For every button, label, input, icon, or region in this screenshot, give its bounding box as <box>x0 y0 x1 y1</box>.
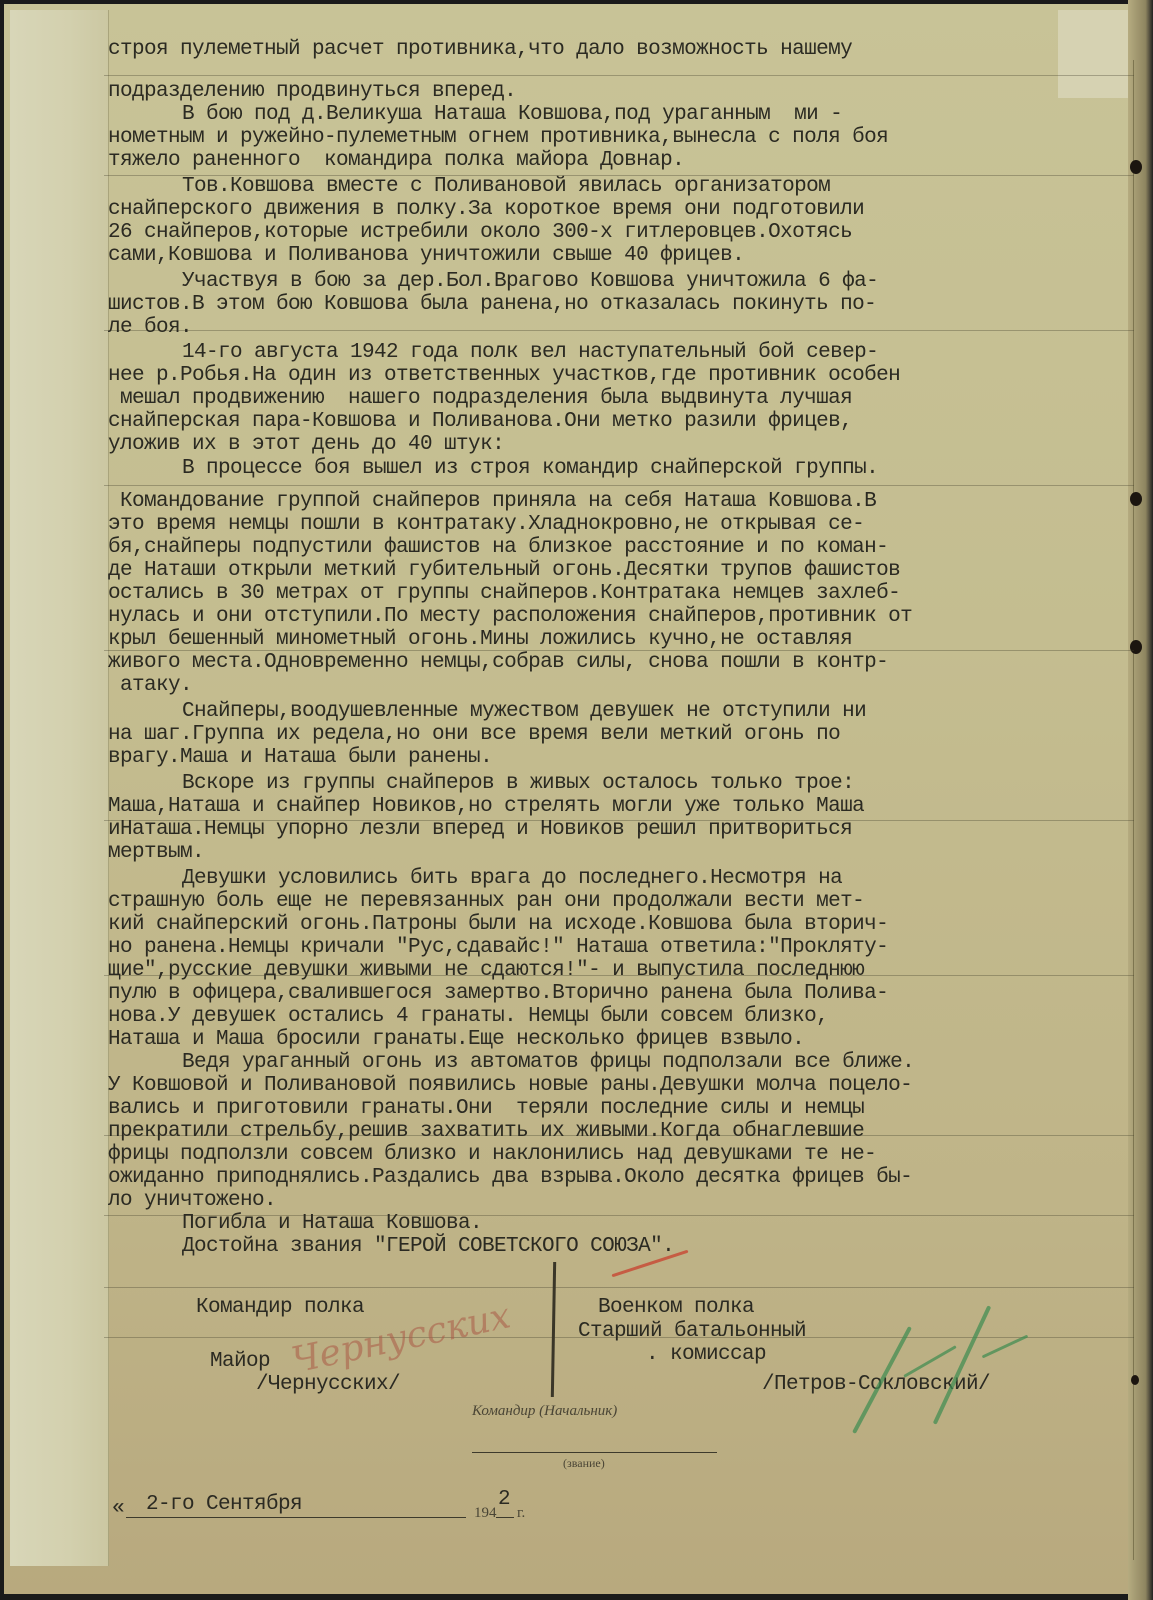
typed-line: мешал продвижению нашего подразделения б… <box>108 389 852 409</box>
typed-line: нова.У девушек остались 4 гранаты. Немцы… <box>108 1007 828 1027</box>
typed-line: прекратили стрельбу,решив захватить их ж… <box>108 1122 864 1142</box>
typed-line: вались и приготовили гранаты.Они теряли … <box>108 1099 864 1119</box>
typed-line: Наташа и Маша бросили гранаты.Еще нескол… <box>108 1030 804 1050</box>
typed-line: бя,снайперы подпустили фашистов на близк… <box>108 538 888 558</box>
year-prefix: 194 <box>474 1505 497 1522</box>
left-signatory-title: Командир полка <box>196 1296 364 1319</box>
punch-hole <box>1131 1375 1139 1385</box>
typed-line: остались в 30 метрах от группы снайперов… <box>108 584 900 604</box>
typed-line: щие",русские девушки живыми не сдаются!"… <box>108 961 864 981</box>
form-rule <box>104 330 1134 331</box>
typed-line: строя пулеметный расчет противника,что д… <box>108 40 852 60</box>
date-day-month: 2-го Сентября <box>146 1493 302 1516</box>
right-signatory-rank-line2: . комиссар <box>646 1343 766 1366</box>
typed-line: ожиданно приподнялись.Раздались два взры… <box>108 1168 912 1188</box>
typed-line: нометным и ружейно-пулеметным огнем прот… <box>108 128 888 148</box>
typed-line: но ранена.Немцы кричали "Рус,сдавайс!" Н… <box>108 938 888 958</box>
year-underline <box>496 1517 514 1518</box>
typed-line: де Наташи открыли меткий губительный ого… <box>108 561 900 581</box>
typed-line: снайперского движения в полку.За коротко… <box>108 200 864 220</box>
punch-hole <box>1130 492 1142 506</box>
typed-line: Тов.Ковшова вместе с Поливановой явилась… <box>182 177 830 197</box>
right-signatory-rank-line1: Старший батальонный <box>578 1320 806 1343</box>
typed-line: Вскоре из группы снайперов в живых остал… <box>182 774 854 794</box>
typed-line: ле боя. <box>108 318 192 338</box>
typed-line: атаку. <box>108 676 192 696</box>
typed-line: на шаг.Группа их редела,но они все время… <box>108 725 840 745</box>
typed-line: крыл бешенный минометный огонь.Мины ложи… <box>108 630 852 650</box>
typed-line: сами,Ковшова и Поливанова уничтожили свы… <box>108 246 744 266</box>
typed-line: Погибла и Наташа Ковшова. <box>182 1214 482 1234</box>
typed-line: В бою под д.Великуша Наташа Ковшова,под … <box>182 105 842 125</box>
typed-line: нее р.Робья.На один из ответственных уча… <box>108 366 900 386</box>
binding-margin-strip <box>10 10 109 1566</box>
left-signatory-name: /Чернусских/ <box>256 1373 400 1396</box>
typed-line: мертвым. <box>108 843 204 863</box>
typed-line: шистов.В этом бою Ковшова была ранена,но… <box>108 295 876 315</box>
rank-caption: (звание) <box>563 1456 605 1471</box>
typed-line: пулю в офицера,свалившегося замертво.Вто… <box>108 984 888 1004</box>
year-abbr: г. <box>517 1505 525 1522</box>
typed-line: живого места.Одновременно немцы,собрав с… <box>108 653 888 673</box>
printed-form-label: Командир (Начальник) <box>472 1403 617 1420</box>
typed-line: Маша,Наташа и снайпер Новиков,но стрелят… <box>108 797 864 817</box>
left-signatory-rank: Майор <box>210 1350 270 1373</box>
punch-hole <box>1130 160 1142 174</box>
typed-line: тяжело раненного командира полка майора … <box>108 151 684 171</box>
typed-line: подразделению продвинуться вперед. <box>108 82 516 102</box>
typed-line: иНаташа.Немцы упорно лезли вперед и Нови… <box>108 820 852 840</box>
page-edge <box>1128 0 1153 1600</box>
year-suffix: 2 <box>498 1488 510 1511</box>
typed-line: ло уничтожено. <box>108 1191 276 1211</box>
typed-line: Снайперы,воодушевленные мужеством девуше… <box>182 702 866 722</box>
form-rule <box>104 75 1134 76</box>
right-signatory-title: Военком полка <box>598 1296 754 1319</box>
typed-line: Участвуя в бою за дер.Бол.Врагово Ковшов… <box>182 272 878 292</box>
date-quote-mark: « <box>112 1497 124 1520</box>
typed-line: страшную боль еще не перевязанных ран он… <box>108 892 864 912</box>
typed-line: У Ковшовой и Поливановой появились новые… <box>108 1076 912 1096</box>
typed-line: Командование группой снайперов приняла н… <box>108 492 876 512</box>
typed-line: врагу.Маша и Наташа были ранены. <box>108 748 492 768</box>
typed-line: В процессе боя вышел из строя командир с… <box>182 459 878 479</box>
typed-line: это время немцы пошли в контратаку.Хладн… <box>108 515 864 535</box>
fold-line <box>1133 60 1134 1560</box>
typed-line: 26 снайперов,которые истребили около 300… <box>108 223 852 243</box>
form-rule <box>104 1287 1134 1288</box>
typed-line: фрицы подползли совсем близко и наклонил… <box>108 1145 876 1165</box>
typed-line: снайперская пара-Ковшова и Поливанова.Он… <box>108 412 852 432</box>
typed-line: 14-го августа 1942 года полк вел наступа… <box>182 343 878 363</box>
date-underline <box>126 1517 466 1518</box>
typed-line: Девушки условились бить врага до последн… <box>182 869 842 889</box>
form-rule <box>104 485 1134 486</box>
typed-line: Ведя ураганный огонь из автоматов фрицы … <box>182 1053 914 1073</box>
rank-signature-line <box>472 1452 717 1453</box>
typed-line: Достойна звания "ГЕРОЙ СОВЕТСКОГО СОЮЗА"… <box>182 1237 674 1257</box>
typed-line: кий снайперский огонь.Патроны были на ис… <box>108 915 888 935</box>
punch-hole <box>1130 640 1142 654</box>
typed-line: нулась и они отступили.По месту располож… <box>108 607 912 627</box>
typed-line: уложив их в этот день до 40 штук: <box>108 435 504 455</box>
